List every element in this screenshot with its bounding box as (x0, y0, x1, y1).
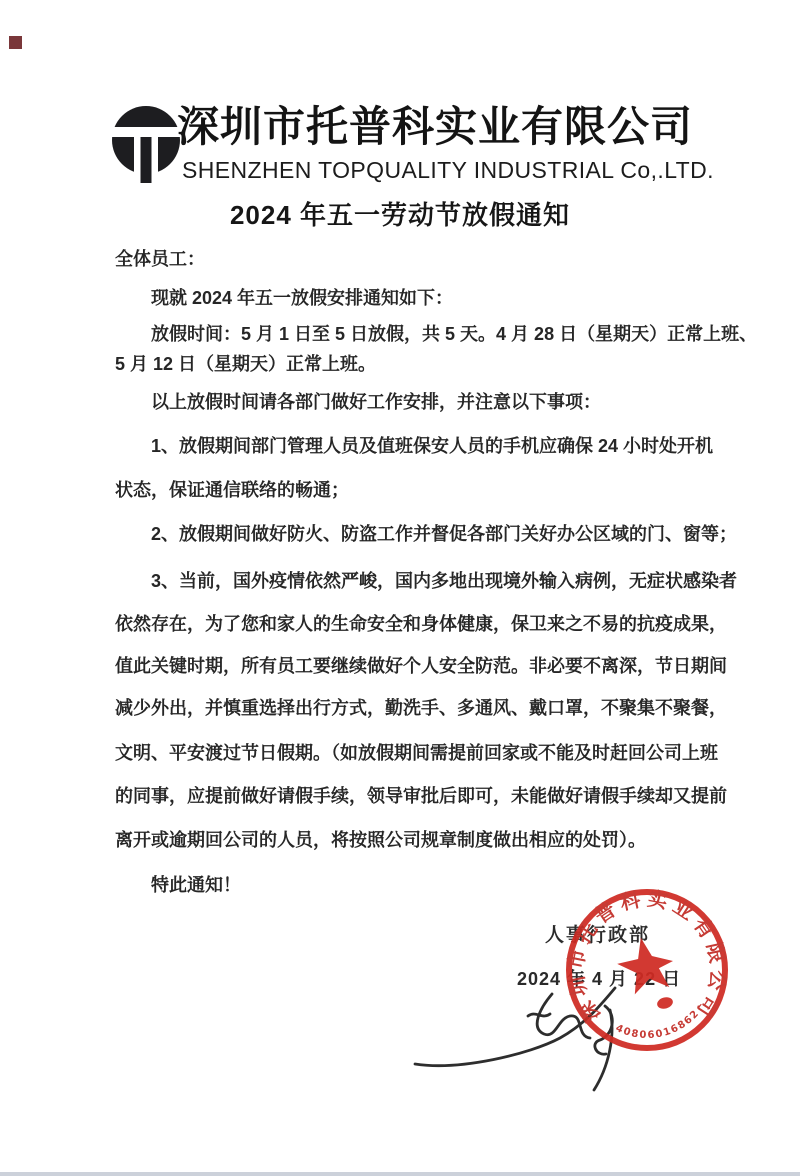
body-line: 5 月 12 日（星期天）正常上班。 (115, 350, 376, 376)
scan-bottom-edge (0, 1172, 800, 1176)
seal-emblem-mark (656, 996, 674, 1011)
seal-star-icon (617, 938, 673, 995)
company-round-seal: 深圳市托普科实业有限公司 40806016862 (558, 881, 736, 1059)
scan-artifact-mark (9, 36, 22, 49)
body-line: 1、放假期间部门管理人员及值班保安人员的手机应确保 24 小时处开机 (151, 432, 713, 458)
company-name-english: SHENZHEN TOPQUALITY INDUSTRIAL Co,.LTD. (182, 157, 742, 184)
body-line: 状态，保证通信联络的畅通； (115, 476, 349, 502)
body-line: 全体员工： (115, 245, 205, 271)
body-line: 值此关键时期，所有员工要继续做好个人安全防范。非必要不离深，节日期间 (115, 652, 727, 678)
body-line: 依然存在，为了您和家人的生命安全和身体健康，保卫来之不易的抗疫成果， (115, 610, 727, 636)
company-name-chinese: 深圳市托普科实业有限公司 (177, 94, 737, 154)
body-line: 以上放假时间请各部门做好工作安排，并注意以下事项： (151, 388, 601, 414)
body-line: 的同事，应提前做好请假手续，领导审批后即可，未能做好请假手续却又提前 (115, 782, 727, 808)
body-line: 2、放假期间做好防火、防盗工作并督促各部门关好办公区域的门、窗等； (151, 520, 737, 546)
body-line: 3、当前，国外疫情依然严峻，国内多地出现境外输入病例，无症状感染者 (151, 567, 737, 593)
body-line: 减少外出，并慎重选择出行方式，勤洗手、多通风、戴口罩，不聚集不聚餐， (115, 694, 727, 720)
body-line: 现就 2024 年五一放假安排通知如下： (151, 284, 453, 310)
scanned-notice-page: 深圳市托普科实业有限公司 SHENZHEN TOPQUALITY INDUSTR… (0, 0, 800, 1176)
body-line: 特此通知！ (151, 871, 241, 897)
body-line: 文明、平安渡过节日假期。（如放假期间需提前回家或不能及时赶回公司上班 (115, 739, 718, 765)
letter-T-circle-logo-icon (111, 103, 181, 188)
body-line: 离开或逾期回公司的人员，将按照公司规章制度做出相应的处罚）。 (115, 826, 646, 852)
body-line: 放假时间：5 月 1 日至 5 日放假，共 5 天。4 月 28 日（星期天）正… (151, 320, 757, 346)
notice-title: 2024 年五一劳动节放假通知 (0, 195, 800, 232)
